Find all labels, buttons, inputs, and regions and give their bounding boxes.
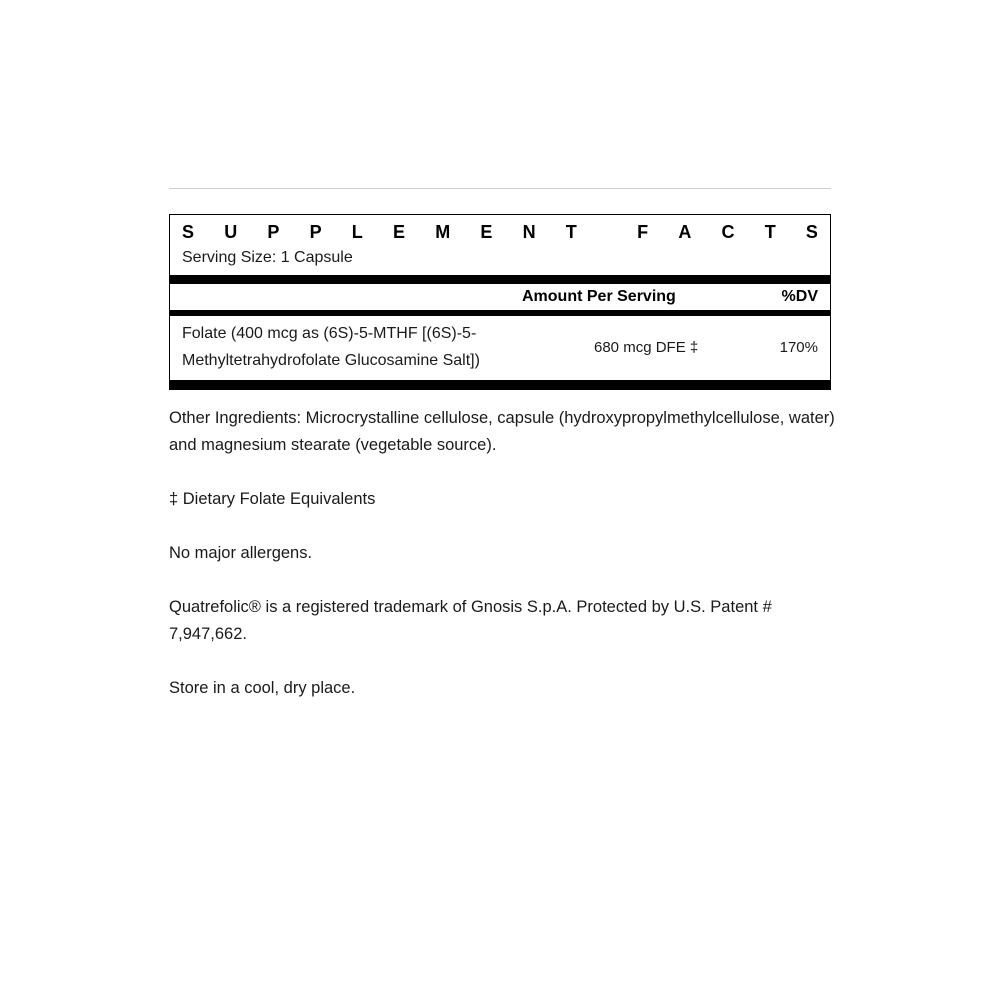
column-header-row: Amount Per Serving %DV bbox=[170, 284, 830, 310]
title-letter: E bbox=[393, 222, 405, 246]
dv-header: %DV bbox=[758, 288, 818, 306]
supplement-facts-panel: S U P P L E M E N T F A C T S Serving Si… bbox=[169, 214, 831, 390]
nutrient-dv: 170% bbox=[780, 334, 818, 361]
title-letter: U bbox=[224, 222, 237, 246]
title-letter: E bbox=[480, 222, 492, 246]
bottom-rule bbox=[170, 380, 830, 389]
nutrient-amount: 680 mcg DFE ‡ bbox=[594, 334, 724, 361]
dfe-footnote: ‡ Dietary Folate Equivalents bbox=[169, 486, 839, 513]
storage-instructions: Store in a cool, dry place. bbox=[169, 675, 839, 702]
title-letter: P bbox=[267, 222, 279, 246]
thick-rule bbox=[170, 275, 830, 284]
title-letter: T bbox=[566, 222, 577, 246]
supplement-facts-title: S U P P L E M E N T F A C T S bbox=[170, 215, 830, 246]
serving-size: Serving Size: 1 Capsule bbox=[170, 246, 830, 275]
title-letter: L bbox=[352, 222, 363, 246]
title-letter: F bbox=[637, 222, 648, 246]
title-letter: S bbox=[182, 222, 194, 246]
title-letter: A bbox=[678, 222, 691, 246]
title-letter: S bbox=[806, 222, 818, 246]
label-notes: Other Ingredients: Microcrystalline cell… bbox=[169, 405, 839, 729]
title-letter: N bbox=[523, 222, 536, 246]
title-letter: M bbox=[435, 222, 450, 246]
nutrient-row: Folate (400 mcg as (6S)-5-MTHF [(6S)-5-M… bbox=[170, 316, 830, 380]
nutrient-name: Folate (400 mcg as (6S)-5-MTHF [(6S)-5-M… bbox=[182, 320, 572, 374]
trademark-statement: Quatrefolic® is a registered trademark o… bbox=[169, 594, 839, 648]
top-divider bbox=[169, 188, 831, 189]
title-letter: C bbox=[722, 222, 735, 246]
allergen-statement: No major allergens. bbox=[169, 540, 839, 567]
title-letter: P bbox=[310, 222, 322, 246]
amount-per-serving-header: Amount Per Serving bbox=[522, 288, 702, 306]
title-letter: T bbox=[765, 222, 776, 246]
other-ingredients: Other Ingredients: Microcrystalline cell… bbox=[169, 405, 839, 459]
